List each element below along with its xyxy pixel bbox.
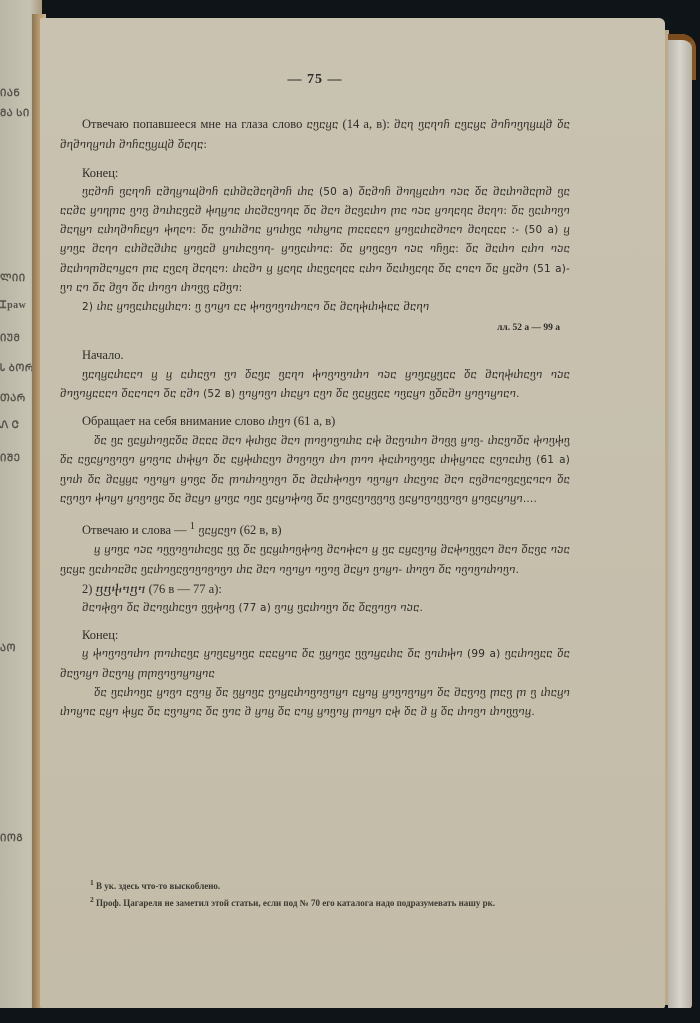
text-ru: Отвечаю попавшееся мне на глаза слово xyxy=(82,117,307,131)
left-page-text: ᲗᲐᲠ xyxy=(0,390,26,404)
heading-otvechaiu: Отвечаю и слова — 1 ⴂⴀⴁⴀⴂⴈ (62 в, в) xyxy=(60,517,570,541)
page-content: — 75 — Отвечаю попавшееся мне на глаза с… xyxy=(60,70,570,722)
heading-konets-2: Конец: xyxy=(60,626,570,645)
paragraph-konets-2a: ⴁ ⴕⴈⴂⴈⴂⴈⴐⴈ ⴜⴈⴐⴀⴂⴀ ⴁⴈⴂⴀⴁⴈⴂⴀ ⴀⴀⴀⴁⴈⴀ ⴃⴀ ⴂⴁⴈ… xyxy=(60,645,570,683)
left-page-text: ᲚᲘᲘ xyxy=(0,270,26,284)
folio-ref: (62 в, в) xyxy=(236,523,281,537)
item-2b-heading: 2) ⴂⴂⴕⴈⴂⴈ (76 в — 77 а): xyxy=(60,580,570,599)
text-geo: ⴐⴂⴈ xyxy=(268,416,291,428)
page-number: — 75 — xyxy=(60,70,570,89)
item-2: 2) ⴐⴀ ⴁⴈⴂⴀⴐⴀⴁⴐⴀⴈ: ⴂ ⴂⴈⴁⴈ ⴀⴀ ⴕⴈⴂⴈⴂⴈⴐⴈⴀⴈ ⴃ… xyxy=(60,298,570,317)
footnote-text: В ук. здесь что-то выскоблено. xyxy=(96,881,220,891)
footnote-text: Проф. Цагареля не заметил этой статьи, е… xyxy=(96,898,495,908)
folio-range: лл. 52 а — 99 а xyxy=(60,319,560,338)
rust-stain xyxy=(668,34,696,80)
paragraph-konets-2b: ⴃⴀ ⴂⴀⴐⴈⴂⴀ ⴁⴈⴂⴈ ⴀⴂⴈⴁ ⴃⴀ ⴂⴁⴈⴂⴀ ⴂⴈⴁⴀⴐⴈⴂⴈⴂⴈⴁ… xyxy=(60,684,570,722)
text-ru: Обращает на себя внимание слово xyxy=(82,414,268,428)
text-ru: Отвечаю и слова — xyxy=(82,523,190,537)
paragraph-nachalo: ⴂⴀⴄⴁⴀⴐⴀⴀⴈ ⴁ ⴁ ⴀⴐⴀⴂⴈ ⴂⴈ ⴃⴀⴂⴀ ⴂⴀⴄⴈ ⴕⴈⴂⴈⴂⴈⴐ… xyxy=(60,366,570,404)
footnote-1: 1 В ук. здесь что-то выскоблено. xyxy=(60,876,580,893)
left-page-text: ᲛᲐ ᲡᲘ xyxy=(0,105,30,119)
footnote-2: 2 Проф. Цагареля не заметил этой статьи,… xyxy=(60,893,580,910)
left-page-text: ᲘᲨᲔ xyxy=(0,450,20,464)
left-page-text: Ꮖpaw xyxy=(0,300,26,311)
left-page-text: ᲘᲐᲜ xyxy=(0,85,20,99)
book-fore-edge xyxy=(668,34,692,1009)
background-surface xyxy=(0,1008,700,1023)
folio-ref: (61 а, в) xyxy=(291,414,336,428)
paragraph-obrashchaet: ⴃⴀ ⴂⴀ ⴂⴀⴁⴐⴈⴂⴀⴃⴀ ⴋⴀⴀⴀ ⴋⴀⴈ ⴕⴐⴂⴀ ⴋⴀⴈ ⴜⴈⴂⴈⴂⴈ… xyxy=(60,432,570,509)
left-page-text: ᲘᲣᲛ xyxy=(0,330,20,344)
paragraph-otvechaiu: ⴁ ⴁⴈⴂⴀ ⴈⴢⴀ ⴈⴂⴂⴈⴂⴈⴐⴀⴂⴀ ⴂⴂ ⴃⴀ ⴂⴀⴁⴐⴈⴂⴕⴈⴂ ⴋⴀ… xyxy=(60,541,570,579)
heading-obrashchaet: Обращает на себя внимание слово ⴐⴂⴈ (61 … xyxy=(60,412,570,432)
paragraph-item-2b: ⴋⴀⴈⴕⴂⴈ ⴃⴀ ⴋⴀⴈⴂⴐⴀⴂⴈ ⴂⴂⴕⴈⴂ (77 а) ⴂⴈⴁ ⴂⴀⴐⴈ… xyxy=(60,599,570,618)
folio-ref: (14 а, в): xyxy=(338,117,394,131)
footnotes: 1 В ук. здесь что-то выскоблено. 2 Проф.… xyxy=(60,876,580,910)
left-page-text: ᲘᲝᲒ xyxy=(0,830,23,844)
left-page-text: ᲐᲝ xyxy=(0,640,16,654)
paragraph-konets-1: ⴂⴀⴋⴈⴌ ⴂⴀⴄⴈⴌ ⴀⴋⴄⴁⴈⴓⴋⴈⴌ ⴀⴐⴋⴀⴋⴀⴄⴋⴈⴌ ⴐⴀ (50 … xyxy=(60,183,570,298)
text-geo: ⴂⴀⴁⴀⴂⴈ xyxy=(195,525,237,537)
left-page-text: Ꮣ ᲑᲝᲠ xyxy=(0,360,34,374)
heading-konets-1: Конец: xyxy=(60,164,570,183)
left-page-text: Ꮑ Ꮳ xyxy=(0,420,19,431)
footnote-marker: 2 xyxy=(90,895,94,904)
footnote-marker: 1 xyxy=(90,878,94,887)
text-geo: ⴀⴂⴀⴁⴀ xyxy=(307,119,339,131)
heading-nachalo: Начало. xyxy=(60,346,570,365)
paragraph-intro: Отвечаю попавшееся мне на глаза слово ⴀⴂ… xyxy=(60,115,570,155)
